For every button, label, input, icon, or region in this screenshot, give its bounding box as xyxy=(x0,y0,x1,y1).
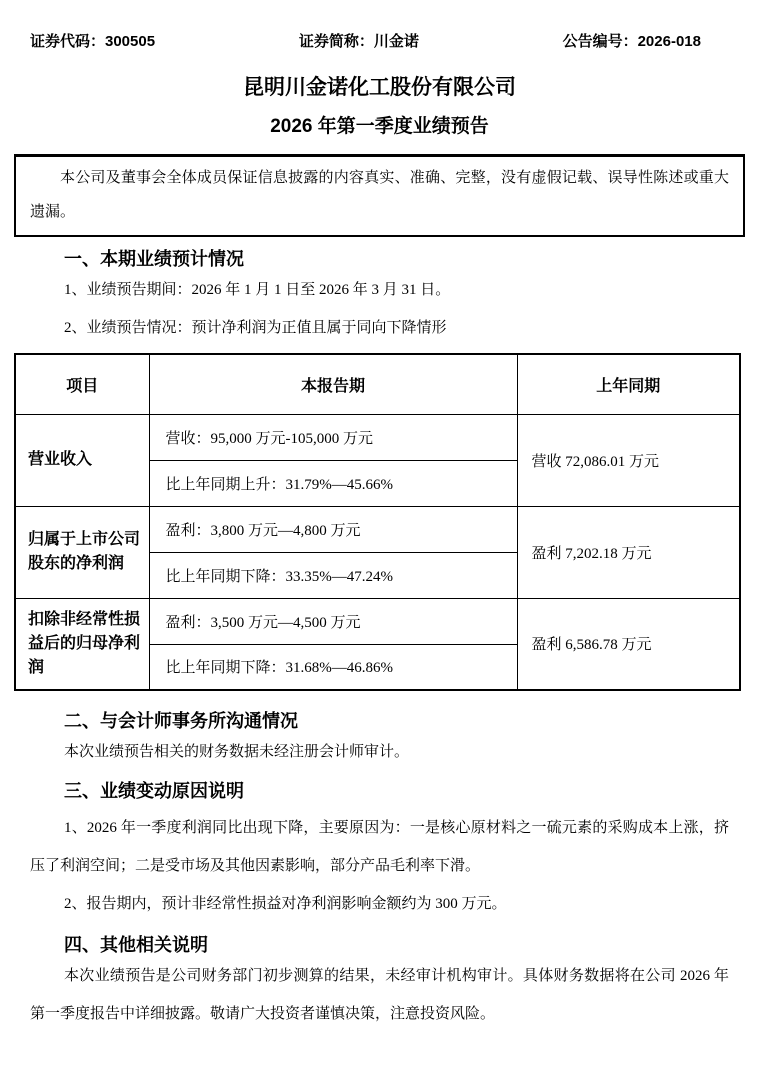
header-cell-item: 项目 xyxy=(15,354,149,414)
forecast-type-paragraph: 2、业绩预告情况：预计净利润为正值且属于同向下降情形 xyxy=(30,309,729,347)
row-deducted-profit-current-range: 盈利：3,500 万元—4,500 万元 xyxy=(149,598,517,644)
report-title: 2026 年第一季度业绩预告 xyxy=(30,114,729,140)
forecast-period-paragraph: 1、业绩预告期间：2026 年 1 月 1 日至 2026 年 3 月 31 日… xyxy=(30,271,729,309)
row-revenue-item: 营业收入 xyxy=(15,414,149,506)
section-3-heading: 三、业绩变动原因说明 xyxy=(64,779,729,803)
section-2-heading: 二、与会计师事务所沟通情况 xyxy=(64,709,729,733)
row-revenue-prior-value: 营收 72,086.01 万元 xyxy=(517,414,740,506)
header-cell-current-period: 本报告期 xyxy=(149,354,517,414)
row-net-profit-item: 归属于上市公司股东的净利润 xyxy=(15,506,149,598)
row-deducted-profit-item: 扣除非经常性损益后的归母净利润 xyxy=(15,598,149,690)
row-net-profit-current-range: 盈利：3,800 万元—4,800 万元 xyxy=(149,506,517,552)
row-net-profit-prior-value: 盈利 7,202.18 万元 xyxy=(517,506,740,598)
section-1-heading: 一、本期业绩预计情况 xyxy=(64,247,729,271)
header-cell-prior-period: 上年同期 xyxy=(517,354,740,414)
stock-abbr-label: 证券简称：川金诺 xyxy=(299,30,419,51)
company-title: 昆明川金诺化工股份有限公司 xyxy=(30,74,729,102)
row-net-profit-current-change: 比上年同期下降：33.35%—47.24% xyxy=(149,552,517,598)
announcement-no-label: 公告编号：2026-018 xyxy=(563,30,701,51)
stock-code-label: 证券代码：300505 xyxy=(30,30,155,51)
change-reason-paragraph: 1、2026 年一季度利润同比出现下降，主要原因为：一是核心原材料之一硫元素的采… xyxy=(30,809,729,885)
table-row: 扣除非经常性损益后的归母净利润 盈利：3,500 万元—4,500 万元 盈利 … xyxy=(15,598,740,644)
table-row: 营业收入 营收：95,000 万元-105,000 万元 营收 72,086.0… xyxy=(15,414,740,460)
performance-forecast-table: 项目 本报告期 上年同期 营业收入 营收：95,000 万元-105,000 万… xyxy=(14,353,741,691)
table-header-row: 项目 本报告期 上年同期 xyxy=(15,354,740,414)
table-row: 归属于上市公司股东的净利润 盈利：3,800 万元—4,800 万元 盈利 7,… xyxy=(15,506,740,552)
disclaimer-box: 本公司及董事会全体成员保证信息披露的内容真实、准确、完整，没有虚假记载、误导性陈… xyxy=(14,154,745,237)
row-revenue-current-range: 营收：95,000 万元-105,000 万元 xyxy=(149,414,517,460)
audit-status-paragraph: 本次业绩预告相关的财务数据未经注册会计师审计。 xyxy=(30,733,729,771)
row-deducted-profit-current-change: 比上年同期下降：31.68%—46.86% xyxy=(149,644,517,690)
non-recurring-paragraph: 2、报告期内，预计非经常性损益对净利润影响金额约为 300 万元。 xyxy=(30,885,729,923)
row-deducted-profit-prior-value: 盈利 6,586.78 万元 xyxy=(517,598,740,690)
other-notes-paragraph: 本次业绩预告是公司财务部门初步测算的结果，未经审计机构审计。具体财务数据将在公司… xyxy=(30,957,729,1033)
section-4-heading: 四、其他相关说明 xyxy=(64,933,729,957)
row-revenue-current-change: 比上年同期上升：31.79%—45.66% xyxy=(149,460,517,506)
meta-row: 证券代码：300505 证券简称：川金诺 公告编号：2026-018 xyxy=(30,30,729,50)
announcement-page: 证券代码：300505 证券简称：川金诺 公告编号：2026-018 昆明川金诺… xyxy=(0,0,759,1078)
disclaimer-text: 本公司及董事会全体成员保证信息披露的内容真实、准确、完整，没有虚假记载、误导性陈… xyxy=(30,170,729,220)
